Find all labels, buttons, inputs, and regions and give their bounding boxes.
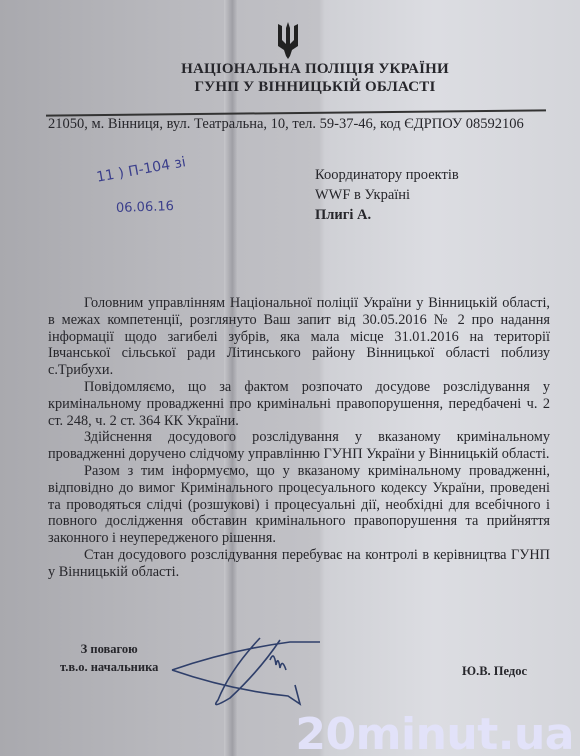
trident-icon [275, 20, 301, 60]
recipient-block: Координатору проектів WWF в Україні Плиг… [315, 165, 459, 225]
org-name: НАЦІОНАЛЬНА ПОЛІЦІЯ УКРАЇНИ [160, 60, 470, 78]
closing-greeting: З повагою [60, 640, 158, 658]
signer-name: Ю.В. Педос [462, 664, 527, 679]
paragraph: Здійснення досудового розслідування у вк… [48, 429, 550, 463]
paragraph: Разом з тим інформуємо, що у вказаному к… [48, 463, 550, 547]
handwritten-date: 06.06.16 [116, 199, 174, 216]
signature-icon [170, 630, 350, 710]
letter-body: Головним управлінням Національної поліці… [48, 295, 550, 581]
watermark: 20minut.ua [295, 709, 574, 756]
recipient-name: Плигі А. [315, 205, 459, 225]
paragraph: Стан досудового розслідування перебуває … [48, 547, 550, 581]
signer-position: т.в.о. начальника [60, 658, 158, 676]
paragraph: Головним управлінням Національної поліці… [48, 295, 550, 379]
closing-block: З повагою т.в.о. начальника [60, 640, 158, 676]
recipient-org: WWF в Україні [315, 185, 459, 205]
organization-title: НАЦІОНАЛЬНА ПОЛІЦІЯ УКРАЇНИ ГУНП У ВІННИ… [160, 60, 470, 96]
paragraph: Повідомляємо, що за фактом розпочато дос… [48, 379, 550, 429]
handwritten-reg-number: 11 ) П-104 зі [95, 154, 187, 185]
org-department: ГУНП У ВІННИЦЬКІЙ ОБЛАСТІ [160, 78, 470, 96]
org-address: 21050, м. Вінниця, вул. Театральна, 10, … [48, 116, 524, 133]
recipient-title: Координатору проектів [315, 165, 459, 185]
